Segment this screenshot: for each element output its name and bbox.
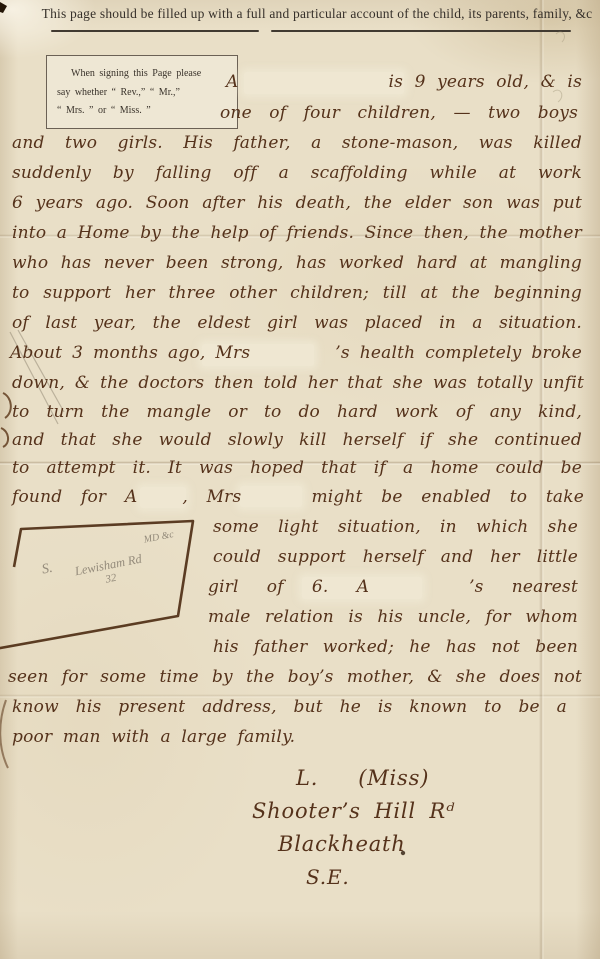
ink-margin-mark	[0, 700, 8, 768]
handwritten-text: About 3 months ago, Mrs	[10, 343, 250, 363]
handwritten-text: A	[226, 72, 238, 92]
ink-smudge	[1, 393, 11, 447]
pencil-note-line: S.	[41, 537, 178, 579]
redacted-name-gap	[318, 784, 358, 785]
handwritten-text: ’s nearest	[469, 577, 578, 597]
redacted-name-gap	[241, 501, 311, 502]
signature-line-1: L.(Miss)	[296, 766, 429, 791]
handwritten-text: S.E.	[306, 865, 350, 889]
scanned-document-page: This page should be filled up with a ful…	[0, 0, 600, 959]
header-rule-left	[51, 30, 259, 32]
manuscript-line-6: into a Home by the help of friends. Sinc…	[12, 223, 582, 243]
handwritten-text: 6 years ago. Soon after his death, the e…	[12, 193, 582, 213]
handwritten-text: (Miss)	[358, 766, 429, 790]
manuscript-line-12: to turn the mangle or to do hard work of…	[12, 402, 582, 422]
handwritten-text: down, & the doctors then told her that s…	[12, 373, 584, 393]
handwritten-text: one of four children, — two boys	[220, 103, 578, 123]
handwritten-text: to attempt it. It was hoped that if a ho…	[12, 458, 582, 478]
manuscript-line-10: About 3 months ago, Mrs’s health complet…	[10, 343, 582, 363]
handwritten-text: some light situation, in which she	[213, 517, 578, 537]
manuscript-line-20: his father worked; he has not been	[213, 637, 578, 657]
handwritten-text: male relation is his uncle, for whom	[208, 607, 578, 627]
signing-note-line: “ Mrs. ” or “ Miss. ”	[57, 102, 229, 121]
manuscript-line-4: suddenly by falling off a scaffolding wh…	[12, 163, 582, 183]
handwritten-text: Shooter’s Hill Rᵈ	[252, 799, 455, 823]
redacted-name-gap	[238, 86, 388, 87]
handwritten-text: his father worked; he has not been	[213, 637, 578, 657]
handwritten-text: poor man with a large family.	[12, 727, 295, 747]
handwritten-text: who has never been strong, has worked ha…	[12, 253, 582, 273]
manuscript-line-22: know his present address, but he is know…	[12, 697, 567, 717]
handwritten-text: might be enabled to take	[311, 487, 584, 507]
manuscript-line-5: 6 years ago. Soon after his death, the e…	[12, 193, 582, 213]
signature-line-3: Blackheath	[278, 832, 406, 857]
handwritten-text: seen for some time by the boy’s mother, …	[8, 667, 582, 687]
handwritten-text: and that she would slowly kill herself i…	[12, 430, 582, 450]
ink-speck	[0, 2, 7, 13]
signature-line-2: Shooter’s Hill Rᵈ	[252, 799, 455, 824]
ink-annotation-box	[0, 521, 193, 649]
header-rule-right	[271, 30, 571, 32]
manuscript-line-11: down, & the doctors then told her that s…	[12, 373, 584, 393]
manuscript-line-3: and two girls. His father, a stone-mason…	[12, 133, 582, 153]
manuscript-line-13: and that she would slowly kill herself i…	[12, 430, 582, 450]
manuscript-line-7: who has never been strong, has worked ha…	[12, 253, 582, 273]
handwritten-text: into a Home by the help of friends. Sinc…	[12, 223, 582, 243]
manuscript-line-17: could support herself and her little	[213, 547, 578, 567]
signing-note-line: say whether “ Rev.,” “ Mr.,”	[57, 84, 229, 103]
manuscript-line-21: seen for some time by the boy’s mother, …	[8, 667, 582, 687]
pencil-address-note: MD &c S. Lewisham Rd 32	[35, 529, 181, 598]
manuscript-line-19: male relation is his uncle, for whom	[208, 607, 578, 627]
handwritten-text: suddenly by falling off a scaffolding wh…	[12, 163, 582, 183]
manuscript-line-1: Ais 9 years old, & is	[226, 72, 582, 92]
signature-line-4: S.E.	[306, 865, 350, 889]
redacted-name-gap	[137, 501, 182, 502]
handwritten-text: of last year, the eldest girl was placed…	[12, 313, 582, 333]
manuscript-line-9: of last year, the eldest girl was placed…	[12, 313, 582, 333]
manuscript-line-16: some light situation, in which she	[213, 517, 578, 537]
handwritten-text: and two girls. His father, a stone-mason…	[12, 133, 582, 153]
handwritten-text: to support her three other children; til…	[12, 283, 582, 303]
handwritten-text: is 9 years old, & is	[388, 72, 582, 92]
manuscript-line-15: found for A, Mrsmight be enabled to take	[12, 487, 584, 507]
signing-instruction-box: When signing this Page please say whethe…	[46, 55, 238, 129]
handwritten-text: Blackheath	[278, 832, 406, 856]
handwritten-text: could support herself and her little	[213, 547, 578, 567]
handwritten-text: ’s health completely broke	[335, 343, 582, 363]
handwritten-text: , Mrs	[182, 487, 241, 507]
printed-header: This page should be filled up with a ful…	[34, 6, 600, 22]
manuscript-line-8: to support her three other children; til…	[12, 283, 582, 303]
handwritten-text: know his present address, but he is know…	[12, 697, 567, 717]
manuscript-line-14: to attempt it. It was hoped that if a ho…	[12, 458, 582, 478]
handwritten-text: to turn the mangle or to do hard work of…	[12, 402, 582, 422]
manuscript-line-18: girl of 6. A’s nearest	[208, 577, 578, 597]
handwritten-text: L.	[296, 766, 318, 790]
pencil-note-line: MD &c	[35, 529, 175, 567]
manuscript-line-23: poor man with a large family.	[12, 727, 432, 747]
pencil-note-line: Lewisham Rd	[38, 545, 178, 586]
signing-note-line: When signing this Page please	[57, 65, 229, 84]
handwritten-text: girl of 6. A	[208, 577, 369, 597]
pencil-note-line: 32	[41, 559, 181, 597]
handwritten-text: found for A	[12, 487, 137, 507]
redacted-name-gap	[250, 357, 335, 358]
manuscript-line-2: one of four children, — two boys	[220, 103, 578, 123]
redacted-name-gap	[369, 591, 469, 592]
